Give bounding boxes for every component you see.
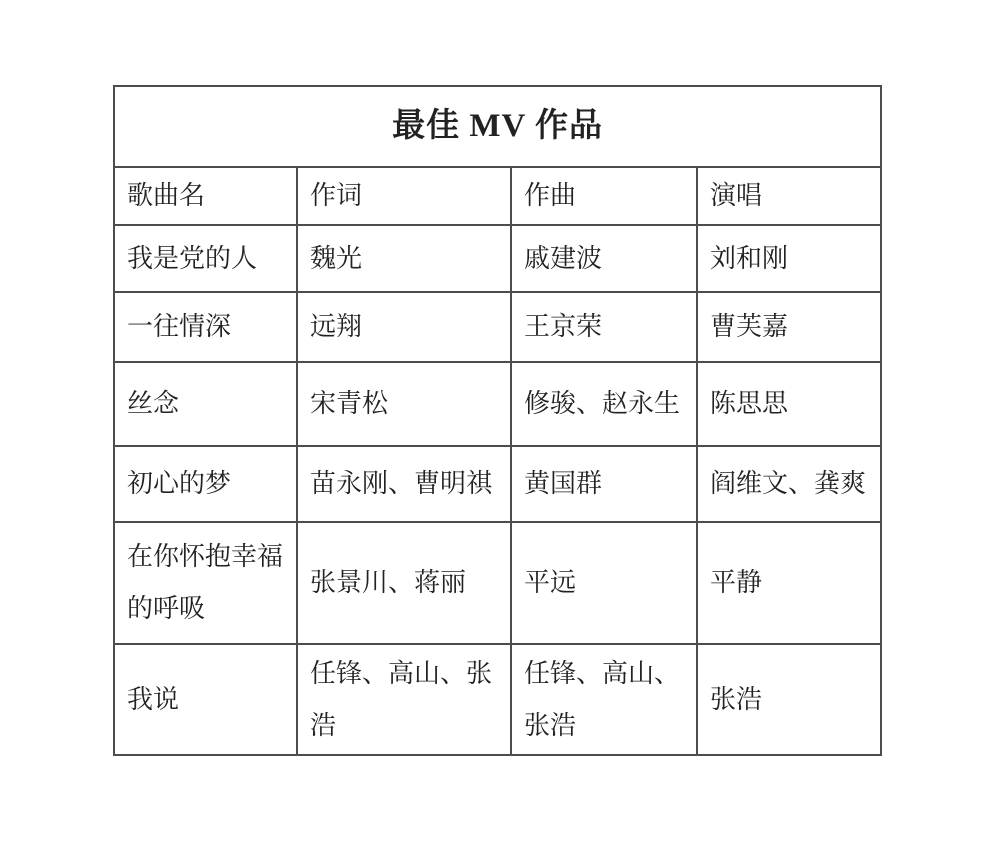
cell-song: 一往情深: [114, 292, 297, 362]
cell-song: 我说: [114, 644, 297, 755]
column-header-singer: 演唱: [697, 167, 881, 225]
column-header-composer: 作曲: [511, 167, 697, 225]
table-row: 丝念宋青松修骏、赵永生陈思思: [114, 362, 881, 446]
cell-composer: 任锋、高山、张浩: [511, 644, 697, 755]
cell-singer: 阎维文、龚爽: [697, 446, 881, 522]
cell-singer: 刘和刚: [697, 225, 881, 292]
cell-song: 丝念: [114, 362, 297, 446]
cell-lyricist: 远翔: [297, 292, 511, 362]
table-title: 最佳 MV 作品: [114, 86, 881, 167]
cell-song: 初心的梦: [114, 446, 297, 522]
title-row: 最佳 MV 作品: [114, 86, 881, 167]
cell-composer: 黄国群: [511, 446, 697, 522]
table-row: 我说任锋、高山、张浩任锋、高山、张浩张浩: [114, 644, 881, 755]
table-row: 一往情深远翔王京荣曹芙嘉: [114, 292, 881, 362]
cell-singer: 陈思思: [697, 362, 881, 446]
cell-composer: 戚建波: [511, 225, 697, 292]
cell-lyricist: 魏光: [297, 225, 511, 292]
cell-lyricist: 宋青松: [297, 362, 511, 446]
cell-song: 我是党的人: [114, 225, 297, 292]
column-header-song: 歌曲名: [114, 167, 297, 225]
cell-song: 在你怀抱幸福的呼吸: [114, 522, 297, 644]
table-row: 在你怀抱幸福的呼吸张景川、蒋丽平远平静: [114, 522, 881, 644]
cell-singer: 张浩: [697, 644, 881, 755]
column-header-lyricist: 作词: [297, 167, 511, 225]
cell-lyricist: 苗永刚、曹明祺: [297, 446, 511, 522]
awards-table: 最佳 MV 作品 歌曲名作词作曲演唱 我是党的人魏光戚建波刘和刚一往情深远翔王京…: [113, 85, 882, 756]
cell-singer: 曹芙嘉: [697, 292, 881, 362]
cell-lyricist: 张景川、蒋丽: [297, 522, 511, 644]
cell-composer: 平远: [511, 522, 697, 644]
cell-composer: 王京荣: [511, 292, 697, 362]
table-header-row: 歌曲名作词作曲演唱: [114, 167, 881, 225]
document-page: 最佳 MV 作品 歌曲名作词作曲演唱 我是党的人魏光戚建波刘和刚一往情深远翔王京…: [0, 0, 1000, 852]
table-row: 初心的梦苗永刚、曹明祺黄国群阎维文、龚爽: [114, 446, 881, 522]
cell-singer: 平静: [697, 522, 881, 644]
cell-lyricist: 任锋、高山、张浩: [297, 644, 511, 755]
cell-composer: 修骏、赵永生: [511, 362, 697, 446]
table-row: 我是党的人魏光戚建波刘和刚: [114, 225, 881, 292]
